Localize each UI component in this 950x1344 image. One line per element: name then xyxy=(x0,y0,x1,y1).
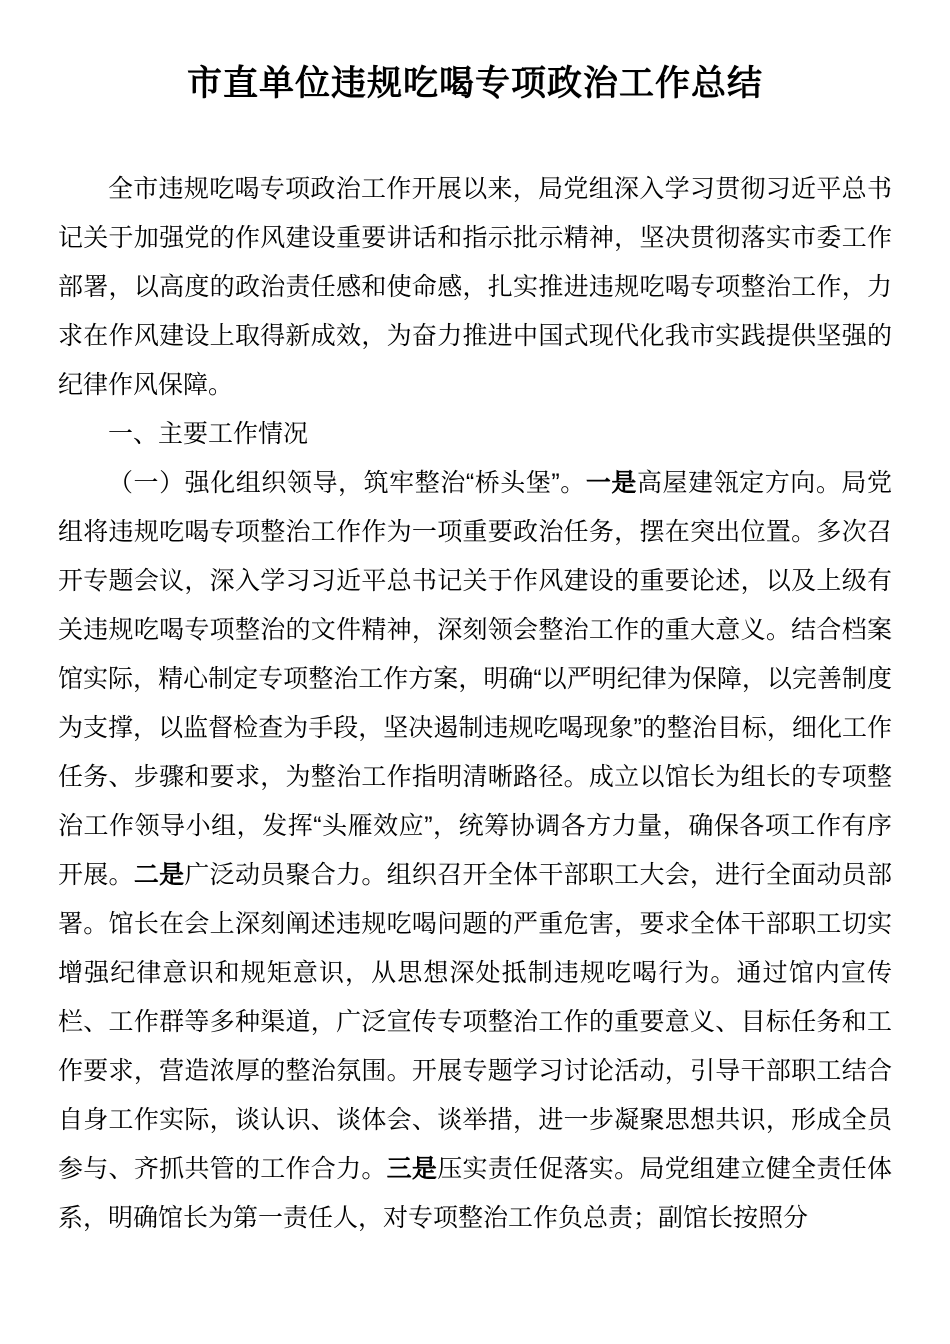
paragraph: 全市违规吃喝专项政治工作开展以来，局党组深入学习贯彻习近平总书记关于加强党的作风… xyxy=(58,165,892,410)
paragraph: （一）强化组织领导，筑牢整治“桥头堡”。一是高屋建瓴定方向。局党组将违规吃喝专项… xyxy=(58,459,892,1243)
document-page: 市直单位违规吃喝专项政治工作总结 全市违规吃喝专项政治工作开展以来，局党组深入学… xyxy=(0,0,950,1344)
emphasis-run: 一是 xyxy=(586,469,637,497)
document-title: 市直单位违规吃喝专项政治工作总结 xyxy=(58,60,892,108)
emphasis-run: 三是 xyxy=(387,1155,438,1183)
document-body: 全市违规吃喝专项政治工作开展以来，局党组深入学习贯彻习近平总书记关于加强党的作风… xyxy=(58,165,892,1243)
text-run: （一）强化组织领导，筑牢整治“桥头堡”。 xyxy=(108,469,586,497)
emphasis-run: 二是 xyxy=(134,861,185,889)
section-heading: 一、主要工作情况 xyxy=(58,410,892,459)
text-run: 广泛动员聚合力。组织召开全体干部职工大会，进行全面动员部署。馆长在会上深刻阐述违… xyxy=(58,861,892,1183)
text-run: 高屋建瓴定方向。局党组将违规吃喝专项整治工作作为一项重要政治任务，摆在突出位置。… xyxy=(58,469,892,889)
text-run: 一、主要工作情况 xyxy=(108,420,308,448)
text-run: 全市违规吃喝专项政治工作开展以来，局党组深入学习贯彻习近平总书记关于加强党的作风… xyxy=(58,175,892,399)
